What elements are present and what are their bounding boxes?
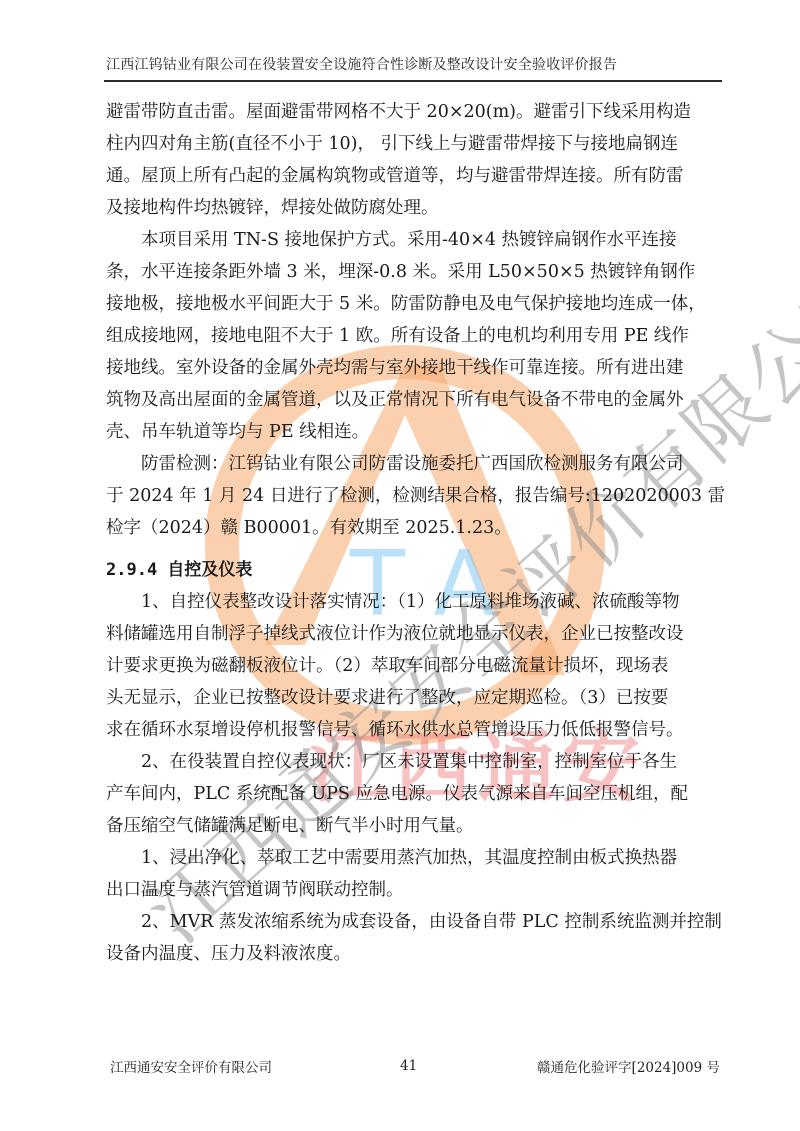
paragraph-line: 接地极，接地极水平间距大于 5 米。防雷防静电及电气保护接地均连成一体，	[106, 288, 720, 320]
paragraph-line: 柱内四对角主筋(直径不小于 10)， 引下线上与避雷带焊接下与接地扁钢连	[106, 128, 720, 160]
paragraph-line: 及接地构件均热镀锌，焊接处做防腐处理。	[106, 192, 720, 224]
paragraph-line: 检字（2024）赣 B00001。有效期至 2025.1.23。	[106, 512, 720, 544]
paragraph-line: 本项目采用 TN-S 接地保护方式。采用-40×4 热镀锌扁钢作水平连接	[106, 224, 720, 256]
paragraph-line: 备压缩空气储罐满足断电、断气半小时用气量。	[106, 810, 720, 842]
body-text: 避雷带防直击雷。屋面避雷带网格不大于 20×20(m)。避雷引下线采用构造 柱内…	[106, 96, 720, 970]
paragraph-line: 头无显示，企业已按整改设计要求进行了整改，应定期巡检。（3）已按要	[106, 682, 720, 714]
paragraph-line: 产车间内，PLC 系统配备 UPS 应急电源。仪表气源来自车间空压机组，配	[106, 778, 720, 810]
paragraph-line: 料储罐选用自制浮子掉线式液位计作为液位就地显示仪表，企业已按整改设	[106, 618, 720, 650]
footer-company: 江西通安安全评价有限公司	[110, 1056, 272, 1076]
paragraph-line: 壳、吊车轨道等均与 PE 线相连。	[106, 416, 720, 448]
paragraph-line: 求在循环水泵增设停机报警信号、循环水供水总管增设压力低低报警信号。	[106, 714, 720, 746]
page-footer: 江西通安安全评价有限公司 41 赣通危化验评字[2024]009 号	[110, 1056, 720, 1076]
paragraph-line: 避雷带防直击雷。屋面避雷带网格不大于 20×20(m)。避雷引下线采用构造	[106, 96, 720, 128]
paragraph-line: 条，水平连接条距外墙 3 米，埋深-0.8 米。采用 L50×50×5 热镀锌角…	[106, 256, 720, 288]
paragraph-line: 1、自控仪表整改设计落实情况：（1）化工原料堆场液碱、浓硫酸等物	[106, 586, 720, 618]
paragraph-line: 2、在役装置自控仪表现状：厂区未设置集中控制室，控制室位于各生	[106, 746, 720, 778]
paragraph-line: 组成接地网，接地电阻不大于 1 欧。所有设备上的电机均利用专用 PE 线作	[106, 320, 720, 352]
footer-report-number: 赣通危化验评字[2024]009 号	[537, 1056, 720, 1076]
paragraph-line: 2、MVR 蒸发浓缩系统为成套设备，由设备自带 PLC 控制系统监测并控制	[106, 906, 720, 938]
page-header: 江西江钨钴业有限公司在役装置安全设施符合性诊断及整改设计安全验收评价报告	[106, 55, 720, 75]
paragraph-line: 出口温度与蒸汽管道调节阀联动控制。	[106, 874, 720, 906]
paragraph-line: 设备内温度、压力及料液浓度。	[106, 938, 720, 970]
document-page: 江西江钨钴业有限公司在役装置安全设施符合性诊断及整改设计安全验收评价报告 T A…	[0, 0, 800, 1131]
page-number: 41	[400, 1058, 417, 1074]
paragraph-line: 于 2024 年 1 月 24 日进行了检测，检测结果合格，报告编号:12020…	[106, 480, 720, 512]
paragraph-line: 筑物及高出屋面的金属管道，以及正常情况下所有电气设备不带电的金属外	[106, 384, 720, 416]
paragraph-line: 防雷检测：江钨钴业有限公司防雷设施委托广西国欣检测服务有限公司	[106, 448, 720, 480]
paragraph-line: 计要求更换为磁翻板液位计。（2）萃取车间部分电磁流量计损坏，现场表	[106, 650, 720, 682]
section-heading: 2.9.4 自控及仪表	[106, 554, 720, 586]
paragraph-line: 通。屋顶上所有凸起的金属构筑物或管道等，均与避雷带焊连接。所有防雷	[106, 160, 720, 192]
header-divider	[104, 80, 722, 82]
paragraph-line: 接地线。室外设备的金属外壳均需与室外接地干线作可靠连接。所有进出建	[106, 352, 720, 384]
paragraph-line: 1、浸出净化、萃取工艺中需要用蒸汽加热，其温度控制由板式换热器	[106, 842, 720, 874]
